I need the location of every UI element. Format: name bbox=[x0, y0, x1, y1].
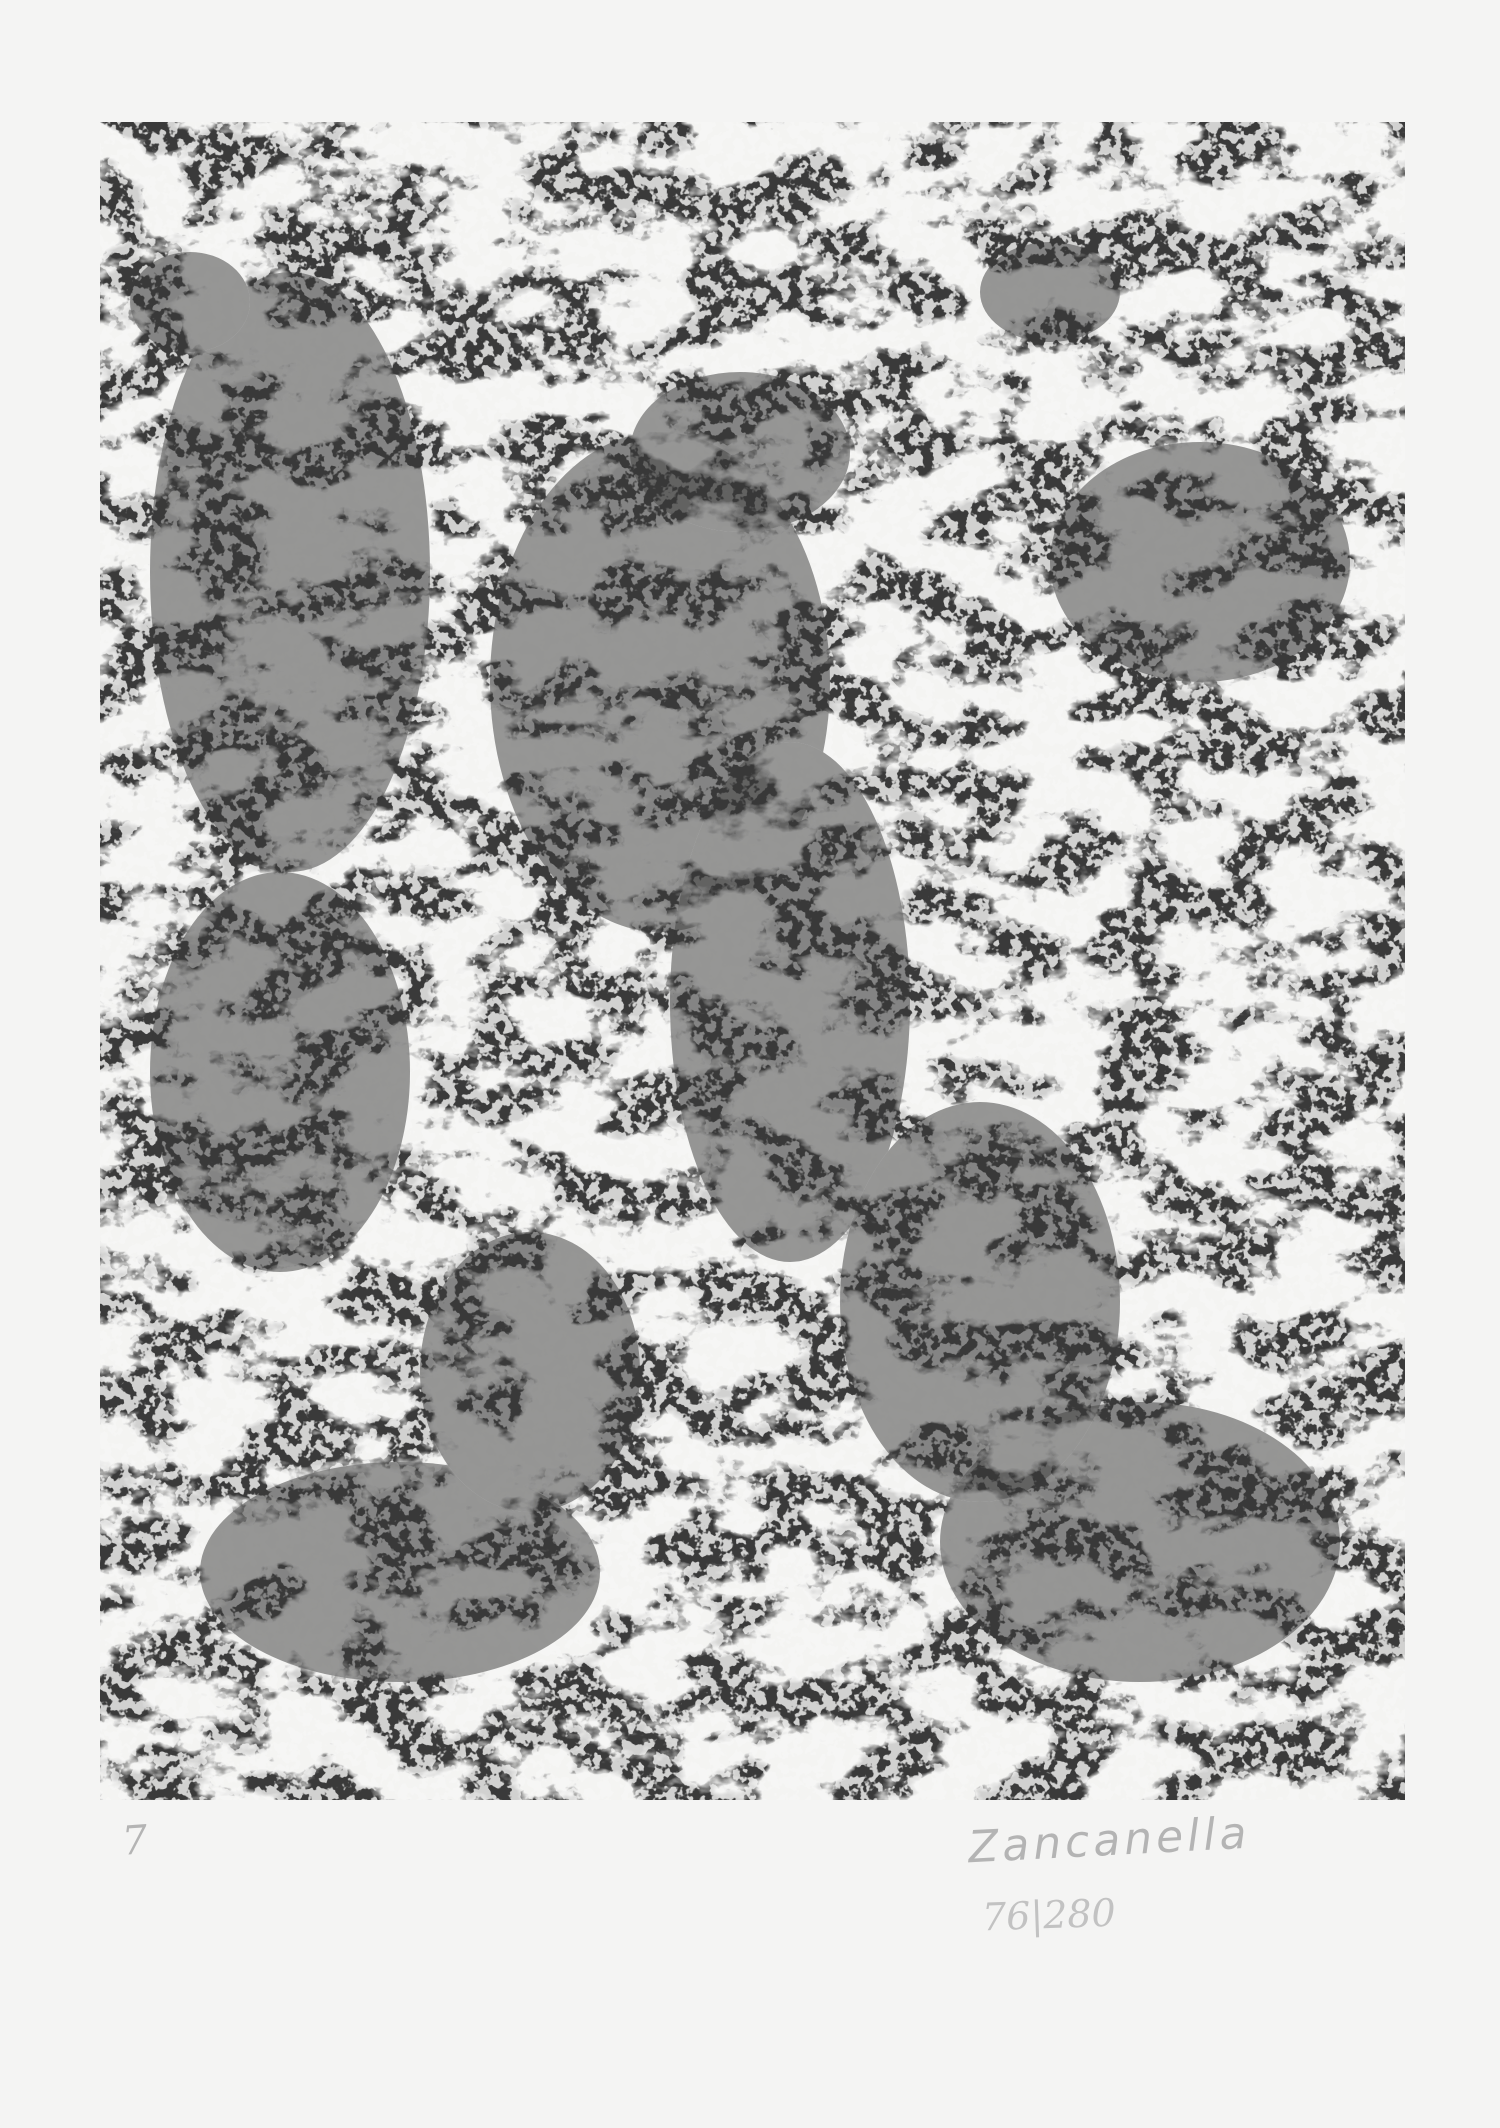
plate-number: 7 bbox=[120, 1817, 149, 1865]
artist-signature: Zancanella bbox=[967, 1808, 1252, 1874]
abstract-texture bbox=[100, 122, 1405, 1800]
edition-number: 76|280 bbox=[981, 1891, 1116, 1940]
lithograph-print bbox=[100, 122, 1405, 1800]
